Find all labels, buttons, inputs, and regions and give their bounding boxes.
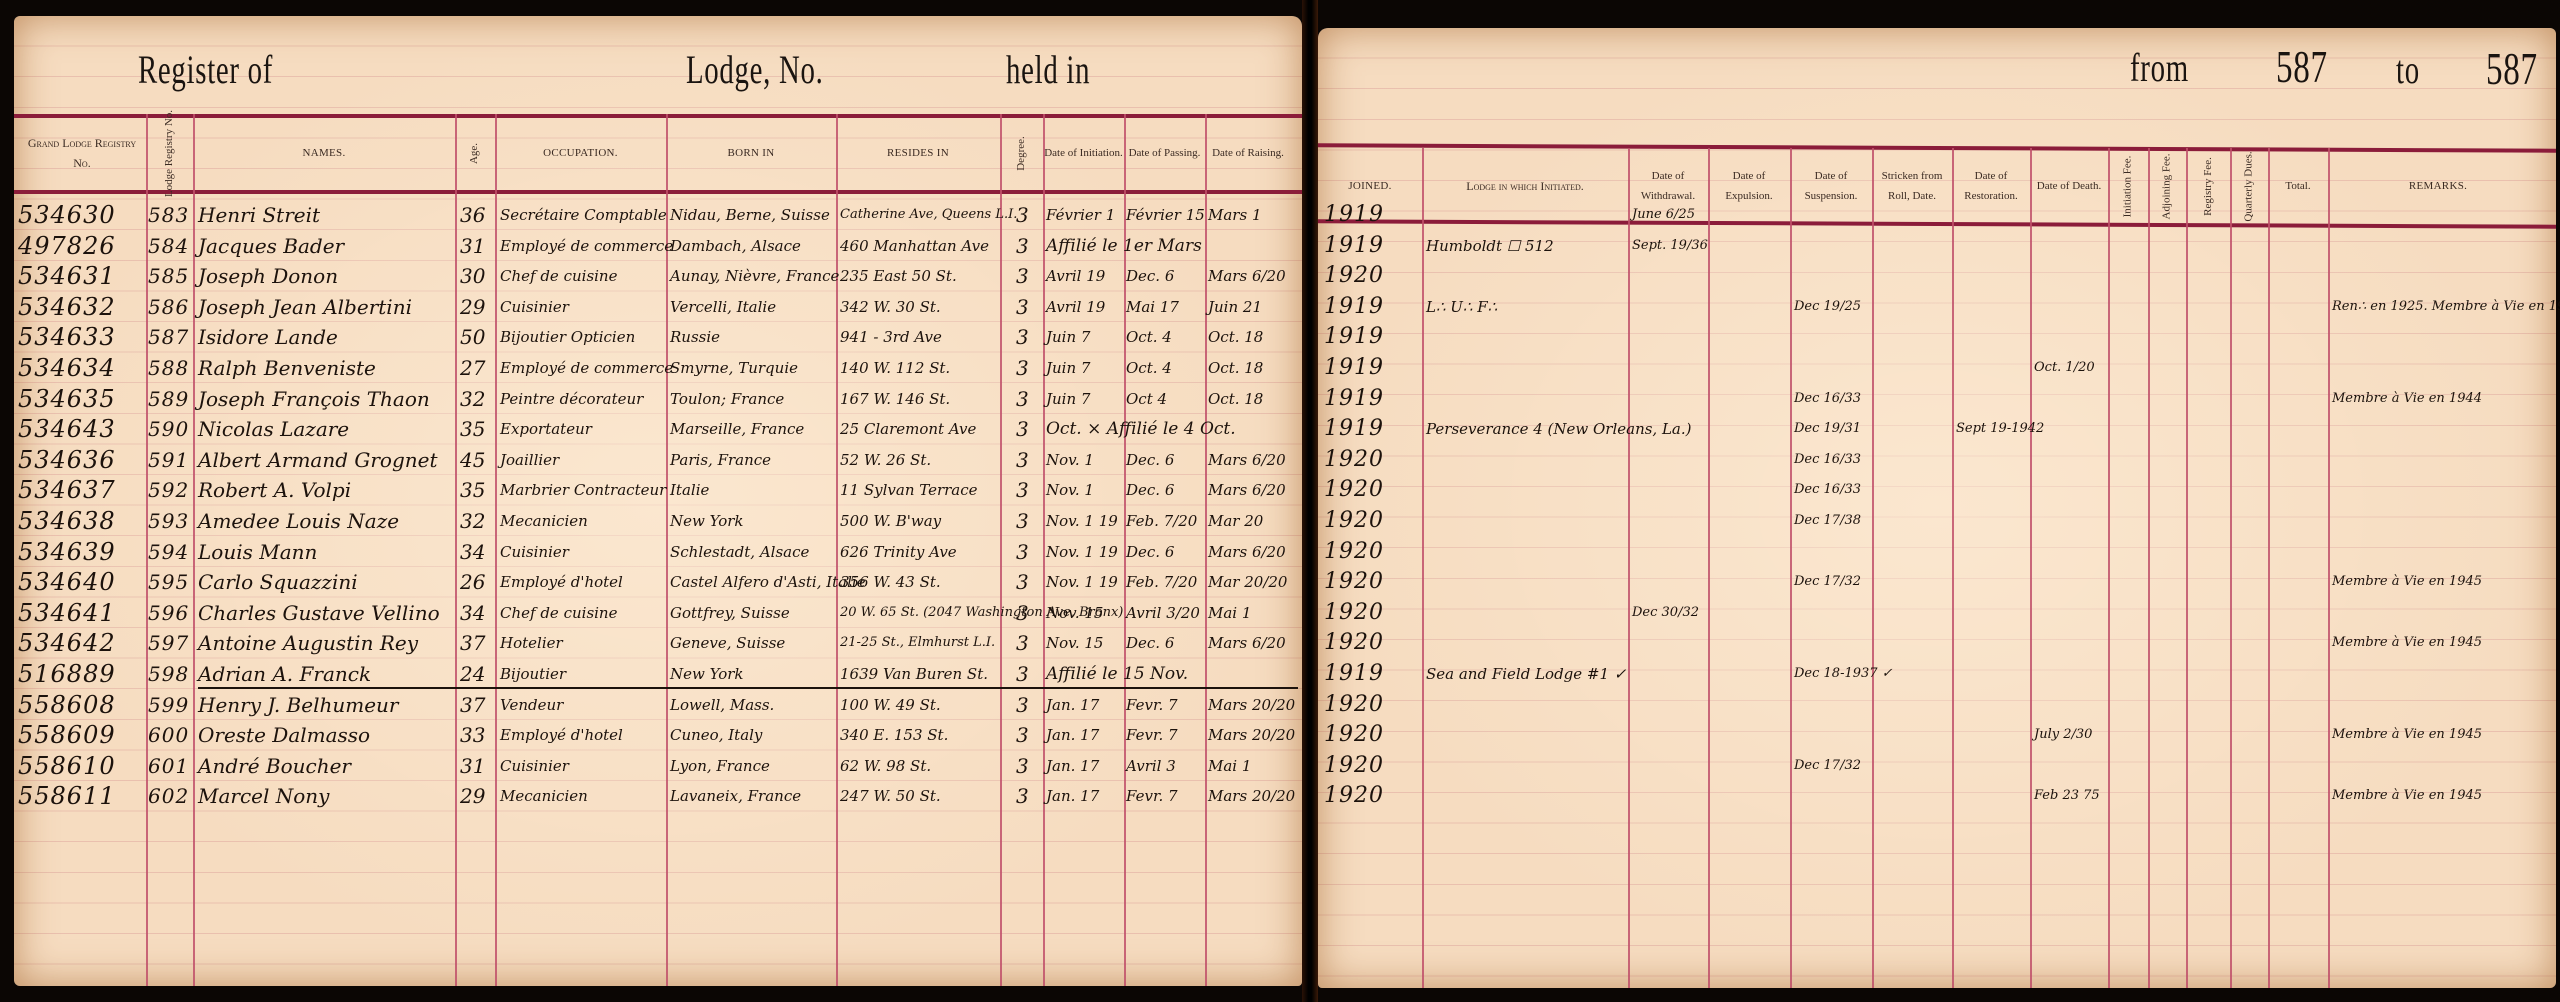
cell-degree: 3 xyxy=(1016,720,1029,751)
header-lodge-registry: Lodge Registry No. xyxy=(146,118,193,188)
cell-name: Oreste Dalmasso xyxy=(198,720,370,751)
cell-lodge-reg: 587 xyxy=(148,322,189,353)
cell-gl-reg: 534639 xyxy=(18,537,116,568)
cell-suspension: Dec 16/33 xyxy=(1794,384,1861,415)
cell-gl-reg: 534638 xyxy=(18,506,116,537)
cell-gl-reg: 534635 xyxy=(18,384,116,415)
cell-gl-reg: 497826 xyxy=(18,231,116,262)
cell-remarks: Membre à Vie en 1945 xyxy=(2332,781,2482,812)
cell-occupation: Joaillier xyxy=(500,445,559,476)
cell-suspension: Dec 17/38 xyxy=(1794,506,1861,537)
cell-remarks: Membre à Vie en 1945 xyxy=(2332,567,2482,598)
cell-raising: Oct. 18 xyxy=(1208,384,1263,415)
cell-joined: 1919 xyxy=(1324,384,1384,415)
cell-age: 34 xyxy=(460,598,485,629)
cell-gl-reg: 534637 xyxy=(18,475,116,506)
cell-resides-in: 500 W. B'way xyxy=(840,506,941,537)
cell-resides-in: 460 Manhattan Ave xyxy=(840,231,989,262)
cell-resides-in: 100 W. 49 St. xyxy=(840,690,941,721)
cell-born-in: Marseille, France xyxy=(670,414,804,445)
cell-born-in: Smyrne, Turquie xyxy=(670,353,798,384)
cell-gl-reg: 558611 xyxy=(18,781,116,812)
cell-degree: 3 xyxy=(1016,781,1029,812)
cell-lodge-initiated: L∴ U∴ F∴ xyxy=(1426,292,1497,323)
cell-raising: Mar 20/20 xyxy=(1208,567,1287,598)
cell-age: 32 xyxy=(460,384,485,415)
cell-degree: 3 xyxy=(1016,751,1029,782)
register-row: 534639594Louis Mann34CuisinierSchlestadt… xyxy=(14,537,1302,568)
register-row: 534640595Carlo Squazzini26Employé d'hote… xyxy=(14,567,1302,598)
cell-name: Henri Streit xyxy=(198,200,320,231)
cell-death: July 2/30 xyxy=(2034,720,2092,751)
cell-joined: 1920 xyxy=(1324,475,1384,506)
cell-age: 32 xyxy=(460,506,485,537)
cell-born-in: Vercelli, Italie xyxy=(670,292,776,323)
cell-gl-reg: 516889 xyxy=(18,659,116,690)
register-row: 558608599Henry J. Belhumeur37VendeurLowe… xyxy=(14,690,1302,721)
cell-lodge-reg: 583 xyxy=(148,200,189,231)
cell-lodge-initiated: Humboldt ☐ 512 xyxy=(1426,231,1554,262)
header-degree: Degree. xyxy=(1000,118,1043,188)
cell-name: Louis Mann xyxy=(198,537,317,568)
header-names: NAMES. xyxy=(193,118,455,188)
cell-occupation: Vendeur xyxy=(500,690,563,721)
cell-joined: 1920 xyxy=(1324,781,1384,812)
cell-initiation: Nov. 1 xyxy=(1046,475,1094,506)
cell-age: 45 xyxy=(460,445,485,476)
cell-raising: Mai 1 xyxy=(1208,598,1251,629)
register-row: 1920 xyxy=(1318,261,2556,292)
cell-withdrawal: Dec 30/32 xyxy=(1632,598,1699,629)
cell-passing: Oct. 4 xyxy=(1126,322,1172,353)
cell-joined: 1919 xyxy=(1324,353,1384,384)
cell-name: Henry J. Belhumeur xyxy=(198,690,399,721)
header-date-passing: Date of Passing. xyxy=(1124,118,1205,188)
cell-born-in: Schlestadt, Alsace xyxy=(670,537,809,568)
cell-initiation: Jan. 17 xyxy=(1046,720,1099,751)
register-row: 516889598Adrian A. Franck24BijoutierNew … xyxy=(14,659,1302,690)
cell-raising: Mar 20 xyxy=(1208,506,1263,537)
cell-degree: 3 xyxy=(1016,690,1029,721)
cell-initiation: Avril 19 xyxy=(1046,292,1105,323)
cell-resides-in: 247 W. 50 St. xyxy=(840,781,941,812)
cell-joined: 1920 xyxy=(1324,506,1384,537)
cell-joined: 1920 xyxy=(1324,690,1384,721)
cell-raising: Mars 6/20 xyxy=(1208,537,1286,568)
cell-degree: 3 xyxy=(1016,475,1029,506)
cell-occupation: Peintre décorateur xyxy=(500,384,643,415)
register-row: 534630583Henri Streit36Secrétaire Compta… xyxy=(14,200,1302,231)
register-row: 1920Dec 16/33 xyxy=(1318,475,2556,506)
cell-name: Joseph Jean Albertini xyxy=(198,292,412,323)
cell-age: 37 xyxy=(460,628,485,659)
cell-age: 29 xyxy=(460,781,485,812)
book-gutter xyxy=(1302,0,1318,1002)
register-row: 1919Dec 16/33Membre à Vie en 1944 xyxy=(1318,384,2556,415)
register-row: 534631585Joseph Donon30Chef de cuisineAu… xyxy=(14,261,1302,292)
cell-joined: 1920 xyxy=(1324,628,1384,659)
title-to: to xyxy=(2396,46,2420,93)
cell-name: Adrian A. Franck xyxy=(198,659,371,690)
cell-suspension: Dec 16/33 xyxy=(1794,475,1861,506)
header-date-initiation: Date of Initiation. xyxy=(1043,118,1124,188)
title-lodge-no: Lodge, No. xyxy=(686,46,824,93)
title-from: from xyxy=(2130,44,2189,91)
cell-degree: 3 xyxy=(1016,537,1029,568)
cell-joined: 1919 xyxy=(1324,200,1384,231)
cell-gl-reg: 534631 xyxy=(18,261,116,292)
header-lodge-registry-label: Lodge Registry No. xyxy=(164,109,175,196)
cell-lodge-reg: 589 xyxy=(148,384,189,415)
cell-resides-in: 25 Claremont Ave xyxy=(840,414,976,445)
cell-suspension: Dec 19/25 xyxy=(1794,292,1861,323)
cell-born-in: Gottfrey, Suisse xyxy=(670,598,790,629)
cell-occupation: Bijoutier xyxy=(500,659,566,690)
cell-occupation: Cuisinier xyxy=(500,292,569,323)
cell-joined: 1920 xyxy=(1324,720,1384,751)
cell-resides-in: 342 W. 30 St. xyxy=(840,292,941,323)
cell-degree: 3 xyxy=(1016,414,1029,445)
cell-age: 36 xyxy=(460,200,485,231)
cell-joined: 1919 xyxy=(1324,231,1384,262)
cell-raising: Juin 21 xyxy=(1208,292,1262,323)
cell-joined: 1919 xyxy=(1324,322,1384,353)
cell-resides-in: 1639 Van Buren St. xyxy=(840,659,988,690)
cell-gl-reg: 534632 xyxy=(18,292,116,323)
cell-suspension: Dec 17/32 xyxy=(1794,567,1861,598)
cell-gl-reg: 534634 xyxy=(18,353,116,384)
cell-lodge-reg: 597 xyxy=(148,628,189,659)
cell-degree: 3 xyxy=(1016,322,1029,353)
cell-passing: Avril 3/20 xyxy=(1126,598,1200,629)
cell-joined: 1919 xyxy=(1324,414,1384,445)
header-grand-lodge-registry: Grand Lodge Registry No. xyxy=(18,118,146,188)
cell-degree: 3 xyxy=(1016,292,1029,323)
register-row: 534632586Joseph Jean Albertini29Cuisinie… xyxy=(14,292,1302,323)
cell-passing: Avril 3 xyxy=(1126,751,1176,782)
cell-initiation: Jan. 17 xyxy=(1046,751,1099,782)
cell-lodge-reg: 592 xyxy=(148,475,189,506)
cell-degree: 3 xyxy=(1016,231,1029,262)
cell-joined: 1920 xyxy=(1324,567,1384,598)
cell-initiation: Juin 7 xyxy=(1046,322,1090,353)
cell-initiation: Avril 19 xyxy=(1046,261,1105,292)
header-occupation: OCCUPATION. xyxy=(495,118,666,188)
cell-lodge-reg: 594 xyxy=(148,537,189,568)
cell-born-in: Nidau, Berne, Suisse xyxy=(670,200,830,231)
cell-remarks: Membre à Vie en 1944 xyxy=(2332,384,2482,415)
cell-name: André Boucher xyxy=(198,751,351,782)
cell-initiation: Nov. 1 19 xyxy=(1046,567,1118,598)
cell-age: 27 xyxy=(460,353,485,384)
cell-passing: Février 15 xyxy=(1126,200,1205,231)
cell-occupation: Marbrier Contracteur xyxy=(500,475,666,506)
register-row: 534642597Antoine Augustin Rey37HotelierG… xyxy=(14,628,1302,659)
cell-degree: 3 xyxy=(1016,353,1029,384)
title-held-in: held in xyxy=(1006,46,1090,93)
cell-lodge-reg: 593 xyxy=(148,506,189,537)
cell-raising: Mars 1 xyxy=(1208,200,1261,231)
cell-born-in: Paris, France xyxy=(670,445,771,476)
register-row: 1919Perseverance 4 (New Orleans, La.)Dec… xyxy=(1318,414,2556,445)
cell-initiation: Nov. 15 xyxy=(1046,598,1103,629)
cell-occupation: Employé d'hotel xyxy=(500,720,623,751)
cell-gl-reg: 534633 xyxy=(18,322,116,353)
cell-name: Robert A. Volpi xyxy=(198,475,351,506)
register-row: 534643590Nicolas Lazare35ExportateurMars… xyxy=(14,414,1302,445)
cell-born-in: Russie xyxy=(670,322,720,353)
cell-raising: Mars 6/20 xyxy=(1208,261,1286,292)
cell-joined: 1920 xyxy=(1324,751,1384,782)
cell-born-in: New York xyxy=(670,659,744,690)
cell-raising: Mars 6/20 xyxy=(1208,445,1286,476)
cell-initiation: Oct. × Affilié le 4 Oct. xyxy=(1046,414,1236,445)
register-row: 1919June 6/25 xyxy=(1318,200,2556,231)
cell-lodge-reg: 602 xyxy=(148,781,189,812)
cell-joined: 1920 xyxy=(1324,261,1384,292)
cell-suspension: Dec 18-1937 ✓ xyxy=(1794,659,1893,690)
cell-occupation: Mecanicien xyxy=(500,506,588,537)
left-register-page: Register of Lodge, No. held in Grand Lod… xyxy=(14,16,1302,986)
cell-suspension: Dec 16/33 xyxy=(1794,445,1861,476)
cell-death: Feb 23 75 xyxy=(2034,781,2100,812)
cell-degree: 3 xyxy=(1016,384,1029,415)
cell-occupation: Chef de cuisine xyxy=(500,598,617,629)
cell-lodge-reg: 600 xyxy=(148,720,189,751)
cell-restoration: Sept 19-1942 xyxy=(1956,414,2044,445)
cell-resides-in: 235 East 50 St. xyxy=(840,261,957,292)
cell-age: 35 xyxy=(460,475,485,506)
cell-remarks: Membre à Vie en 1945 xyxy=(2332,720,2482,751)
cell-lodge-reg: 584 xyxy=(148,231,189,262)
register-row: 1919L∴ U∴ F∴Dec 19/25Ren∴ en 1925. Membr… xyxy=(1318,292,2556,323)
cell-name: Amedee Louis Naze xyxy=(198,506,399,537)
header-born-in: BORN IN xyxy=(666,118,836,188)
cell-joined: 1919 xyxy=(1324,659,1384,690)
cell-name: Albert Armand Grognet xyxy=(198,445,438,476)
cell-degree: 3 xyxy=(1016,261,1029,292)
cell-name: Carlo Squazzini xyxy=(198,567,358,598)
cell-degree: 3 xyxy=(1016,598,1029,629)
cell-initiation: Affilié le 15 Nov. xyxy=(1046,659,1188,690)
cell-age: 31 xyxy=(460,231,485,262)
cell-lodge-reg: 595 xyxy=(148,567,189,598)
cell-occupation: Secrétaire Comptable xyxy=(500,200,667,231)
cell-occupation: Employé d'hotel xyxy=(500,567,623,598)
header-bottom-rule xyxy=(14,190,1302,194)
cell-gl-reg: 534643 xyxy=(18,414,116,445)
register-row: 558609600Oreste Dalmasso33Employé d'hote… xyxy=(14,720,1302,751)
cell-passing: Feb. 7/20 xyxy=(1126,567,1197,598)
cell-passing: Dec. 6 xyxy=(1126,445,1174,476)
cell-initiation: Février 1 xyxy=(1046,200,1115,231)
cell-occupation: Cuisinier xyxy=(500,537,569,568)
cell-born-in: Italie xyxy=(670,475,709,506)
cell-born-in: Dambach, Alsace xyxy=(670,231,801,262)
cell-born-in: Castel Alfero d'Asti, Italie xyxy=(670,567,866,598)
cell-lodge-initiated: Perseverance 4 (New Orleans, La.) xyxy=(1426,414,1692,445)
cell-degree: 3 xyxy=(1016,506,1029,537)
cell-passing: Fevr. 7 xyxy=(1126,720,1178,751)
register-row: 1919 xyxy=(1318,322,2556,353)
cell-remarks: Ren∴ en 1925. Membre à Vie en 1945 xyxy=(2332,292,2560,323)
cell-lodge-reg: 590 xyxy=(148,414,189,445)
cell-passing: Dec. 6 xyxy=(1126,261,1174,292)
register-row: 1920Feb 23 75Membre à Vie en 1945 xyxy=(1318,781,2556,812)
cell-age: 37 xyxy=(460,690,485,721)
cell-passing: Oct 4 xyxy=(1126,384,1167,415)
cell-age: 26 xyxy=(460,567,485,598)
register-row: 1920Dec 17/38 xyxy=(1318,506,2556,537)
cell-passing: Oct. 4 xyxy=(1126,353,1172,384)
cell-lodge-reg: 596 xyxy=(148,598,189,629)
cell-occupation: Employé de commerce xyxy=(500,353,673,384)
cell-gl-reg: 558609 xyxy=(18,720,116,751)
cell-name: Charles Gustave Vellino xyxy=(198,598,440,629)
cell-withdrawal: June 6/25 xyxy=(1632,200,1695,231)
register-row: 1920Dec 17/32Membre à Vie en 1945 xyxy=(1318,567,2556,598)
cell-death: Oct. 1/20 xyxy=(2034,353,2095,384)
cell-initiation: Juin 7 xyxy=(1046,384,1090,415)
cell-occupation: Exportateur xyxy=(500,414,592,445)
register-row: 534635589Joseph François Thaon32Peintre … xyxy=(14,384,1302,415)
cell-degree: 3 xyxy=(1016,200,1029,231)
cell-age: 31 xyxy=(460,751,485,782)
cell-lodge-reg: 588 xyxy=(148,353,189,384)
cell-lodge-reg: 585 xyxy=(148,261,189,292)
cell-born-in: Toulon; France xyxy=(670,384,784,415)
cell-withdrawal: Sept. 19/36 xyxy=(1632,231,1708,262)
cell-initiation: Affilié le 1er Mars xyxy=(1046,231,1202,262)
register-row: 534641596Charles Gustave Vellino34Chef d… xyxy=(14,598,1302,629)
cell-suspension: Dec 19/31 xyxy=(1794,414,1861,445)
register-row: 1920Dec 16/33 xyxy=(1318,445,2556,476)
cell-initiation: Nov. 1 19 xyxy=(1046,506,1118,537)
cell-resides-in: 626 Trinity Ave xyxy=(840,537,957,568)
header-age: Age. xyxy=(455,118,495,188)
cell-resides-in: 340 E. 153 St. xyxy=(840,720,948,751)
cell-initiation: Jan. 17 xyxy=(1046,781,1099,812)
register-row: 534638593Amedee Louis Naze32MecanicienNe… xyxy=(14,506,1302,537)
cell-born-in: Lyon, France xyxy=(670,751,770,782)
cell-initiation: Jan. 17 xyxy=(1046,690,1099,721)
cell-suspension: Dec 17/32 xyxy=(1794,751,1861,782)
cell-lodge-reg: 591 xyxy=(148,445,189,476)
register-row: 497826584Jacques Bader31Employé de comme… xyxy=(14,231,1302,262)
register-row: 1920 xyxy=(1318,690,2556,721)
header-degree-label: Degree. xyxy=(1016,136,1027,171)
register-row: 534634588Ralph Benveniste27Employé de co… xyxy=(14,353,1302,384)
cell-occupation: Chef de cuisine xyxy=(500,261,617,292)
cell-born-in: Lavaneix, France xyxy=(670,781,801,812)
cell-passing: Dec. 6 xyxy=(1126,475,1174,506)
cell-resides-in: 21-25 St., Elmhurst L.I. xyxy=(840,628,995,659)
cell-passing: Fevr. 7 xyxy=(1126,781,1178,812)
cell-lodge-reg: 598 xyxy=(148,659,189,690)
cell-resides-in: 62 W. 98 St. xyxy=(840,751,931,782)
register-row: 1919Sea and Field Lodge #1 ✓Dec 18-1937 … xyxy=(1318,659,2556,690)
cell-gl-reg: 558608 xyxy=(18,690,116,721)
cell-raising: Mars 6/20 xyxy=(1208,628,1286,659)
cell-degree: 3 xyxy=(1016,567,1029,598)
cell-lodge-reg: 601 xyxy=(148,751,189,782)
cell-joined: 1919 xyxy=(1324,292,1384,323)
cell-age: 33 xyxy=(460,720,485,751)
cell-resides-in: 52 W. 26 St. xyxy=(840,445,931,476)
cell-age: 34 xyxy=(460,537,485,568)
cell-age: 50 xyxy=(460,322,485,353)
header-resides-in: RESIDES IN xyxy=(836,118,1000,188)
cell-name: Antoine Augustin Rey xyxy=(198,628,418,659)
cell-raising: Mars 6/20 xyxy=(1208,475,1286,506)
cell-name: Joseph François Thaon xyxy=(198,384,430,415)
title-from-value: 587 xyxy=(2276,40,2328,93)
cell-raising: Mars 20/20 xyxy=(1208,720,1295,751)
register-row: 534637592Robert A. Volpi35Marbrier Contr… xyxy=(14,475,1302,506)
cell-age: 30 xyxy=(460,261,485,292)
register-row: 558611602Marcel Nony29MecanicienLavaneix… xyxy=(14,781,1302,812)
header-age-label: Age. xyxy=(469,142,480,163)
cell-passing: Feb. 7/20 xyxy=(1126,506,1197,537)
cell-name: Ralph Benveniste xyxy=(198,353,376,384)
cell-raising: Oct. 18 xyxy=(1208,322,1263,353)
register-row: 558610601André Boucher31CuisinierLyon, F… xyxy=(14,751,1302,782)
cell-remarks: Membre à Vie en 1945 xyxy=(2332,628,2482,659)
header-date-raising: Date of Raising. xyxy=(1205,118,1291,188)
cell-passing: Fevr. 7 xyxy=(1126,690,1178,721)
cell-resides-in: 167 W. 146 St. xyxy=(840,384,950,415)
cell-age: 24 xyxy=(460,659,485,690)
register-row: 1920Dec 30/32 xyxy=(1318,598,2556,629)
cell-gl-reg: 534642 xyxy=(18,628,116,659)
register-row: 1920Dec 17/32 xyxy=(1318,751,2556,782)
cell-born-in: Geneve, Suisse xyxy=(670,628,785,659)
cell-initiation: Nov. 15 xyxy=(1046,628,1103,659)
cell-initiation: Nov. 1 19 xyxy=(1046,537,1118,568)
cell-born-in: Lowell, Mass. xyxy=(670,690,774,721)
register-row: 1920Membre à Vie en 1945 xyxy=(1318,628,2556,659)
cell-name: Nicolas Lazare xyxy=(198,414,349,445)
register-row: 534636591Albert Armand Grognet45Joaillie… xyxy=(14,445,1302,476)
cell-name: Marcel Nony xyxy=(198,781,329,812)
cell-passing: Mai 17 xyxy=(1126,292,1179,323)
cell-occupation: Bijoutier Opticien xyxy=(500,322,635,353)
cell-gl-reg: 534630 xyxy=(18,200,116,231)
cell-initiation: Juin 7 xyxy=(1046,353,1090,384)
title-to-value: 587 xyxy=(2486,42,2538,95)
cell-gl-reg: 534640 xyxy=(18,567,116,598)
cell-joined: 1920 xyxy=(1324,537,1384,568)
cell-gl-reg: 534636 xyxy=(18,445,116,476)
register-row: 534633587Isidore Lande50Bijoutier Optici… xyxy=(14,322,1302,353)
cell-gl-reg: 558610 xyxy=(18,751,116,782)
cell-born-in: Cuneo, Italy xyxy=(670,720,762,751)
cell-occupation: Mecanicien xyxy=(500,781,588,812)
cell-name: Jacques Bader xyxy=(198,231,344,262)
cell-raising: Oct. 18 xyxy=(1208,353,1263,384)
cell-resides-in: 356 W. 43 St. xyxy=(840,567,941,598)
cell-born-in: Aunay, Nièvre, France xyxy=(670,261,839,292)
register-row: 1920 xyxy=(1318,537,2556,568)
register-row: 1920July 2/30Membre à Vie en 1945 xyxy=(1318,720,2556,751)
cell-raising: Mars 20/20 xyxy=(1208,781,1295,812)
register-row: 1919Humboldt ☐ 512Sept. 19/36 xyxy=(1318,231,2556,262)
cell-resides-in: 11 Sylvan Terrace xyxy=(840,475,978,506)
right-register-page: from 587 to 587 JOINED. Lodge in which I… xyxy=(1318,28,2556,988)
title-register-of: Register of xyxy=(138,46,273,93)
cell-resides-in: 140 W. 112 St. xyxy=(840,353,950,384)
cell-degree: 3 xyxy=(1016,628,1029,659)
